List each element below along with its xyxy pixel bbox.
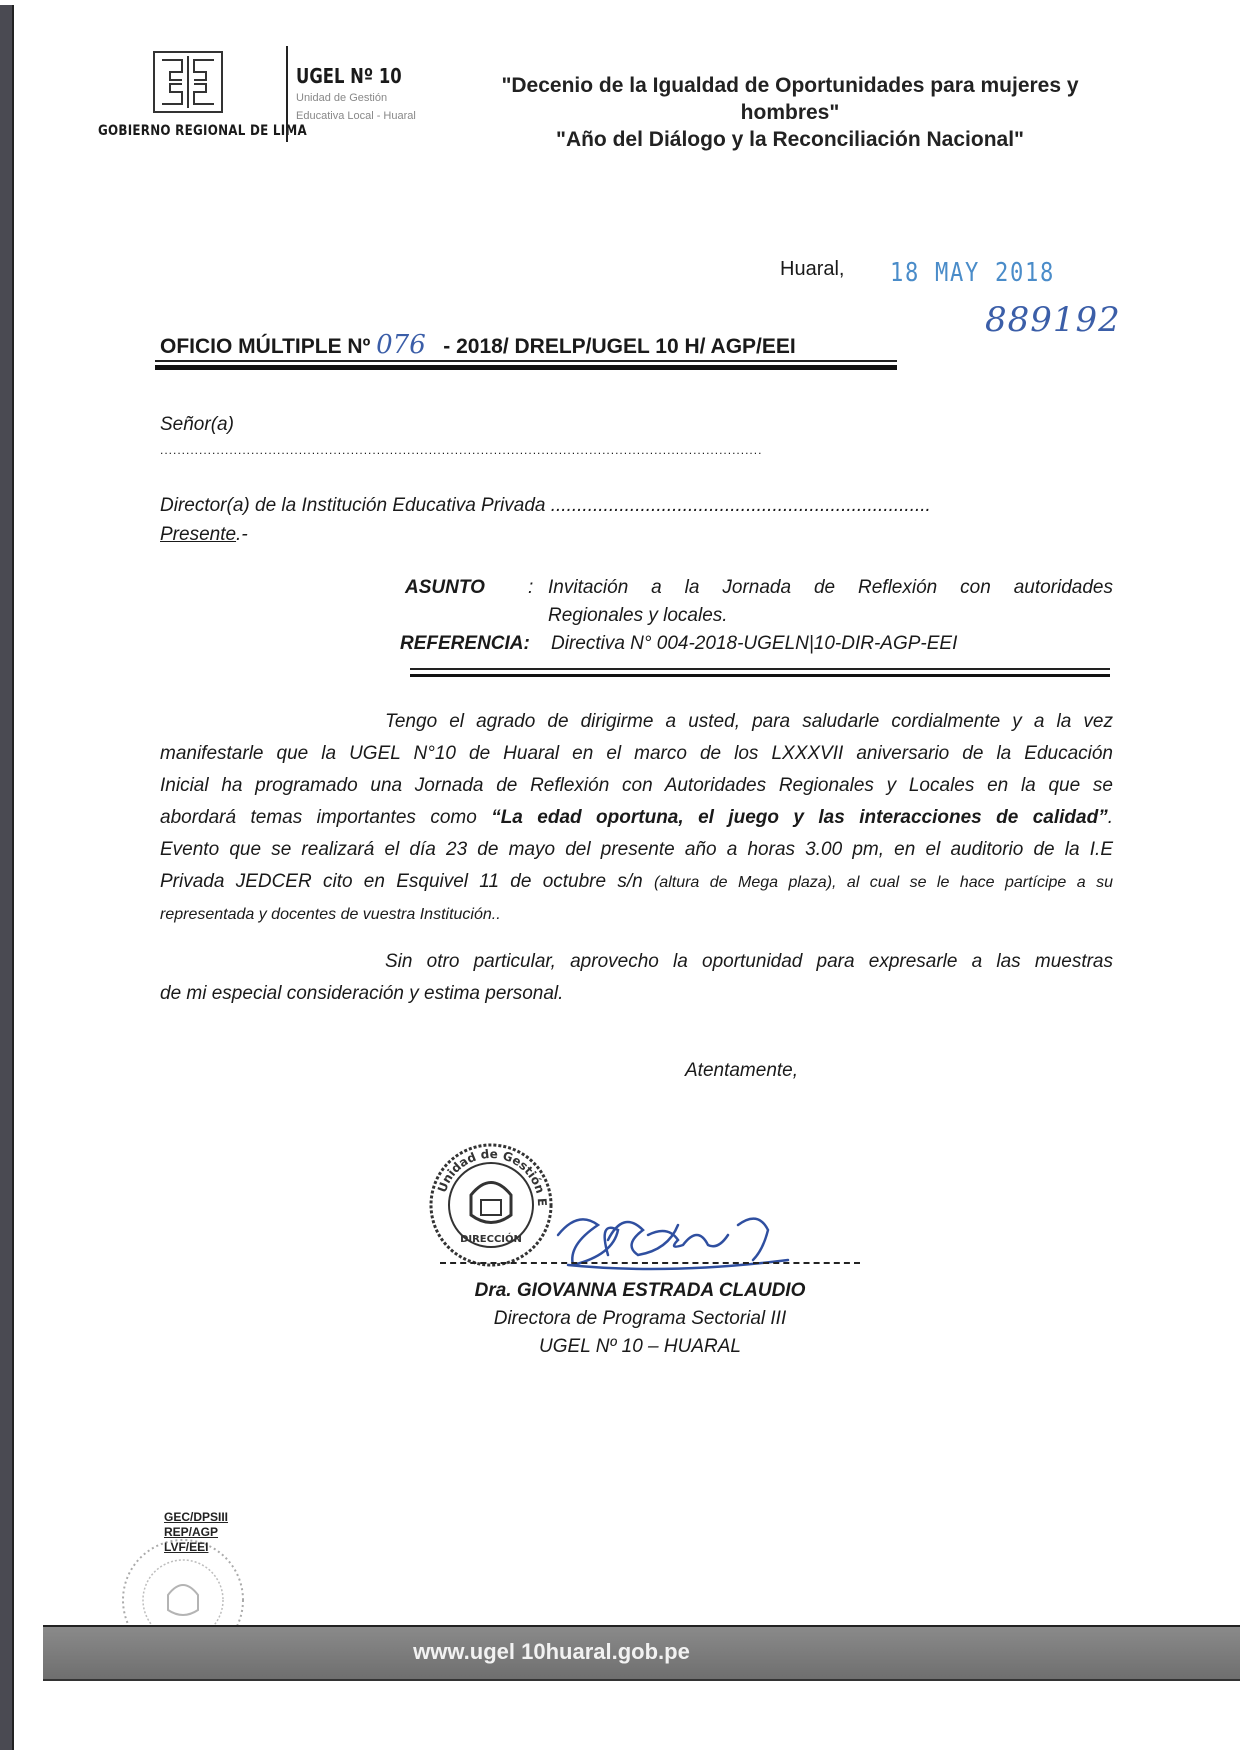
header-motto: "Decenio de la Igualdad de Oportunidades… bbox=[440, 72, 1140, 153]
body-line: Sin otro particular, aprovecho la oportu… bbox=[160, 946, 1113, 978]
director-blank: ........................................… bbox=[551, 495, 931, 516]
reference-code: REP/AGP bbox=[164, 1525, 228, 1540]
body-text: . bbox=[1108, 807, 1113, 828]
oficio-number: 076 bbox=[376, 330, 426, 360]
body-text: Privada JEDCER cito en Esquivel 11 de oc… bbox=[160, 871, 654, 892]
presente-suffix: .- bbox=[236, 524, 248, 545]
signature-line bbox=[440, 1262, 860, 1264]
body-line: de mi especial consideración y estima pe… bbox=[160, 978, 1113, 1010]
ugel-title: UGEL Nº 10 bbox=[296, 64, 402, 88]
ugel-subtitle: Unidad de Gestión bbox=[296, 92, 387, 104]
reference-codes: GEC/DPSIII REP/AGP LVF/EEI bbox=[164, 1510, 228, 1555]
footer-url[interactable]: www.ugel 10huaral.gob.pe bbox=[43, 1639, 1240, 1665]
official-seal-icon: Unidad de Gestión Educativa DIRECCIÓN bbox=[426, 1140, 556, 1270]
event-theme: “La edad oportuna, el juego y las intera… bbox=[491, 807, 1108, 828]
asunto-colon: : bbox=[528, 577, 533, 599]
asunto-label: ASUNTO bbox=[405, 577, 485, 599]
heading-rule bbox=[155, 360, 897, 362]
body-line: representada y docentes de vuestra Insti… bbox=[160, 899, 1113, 931]
director-label: Director(a) de la Institución Educativa … bbox=[160, 495, 545, 516]
header-divider bbox=[286, 46, 288, 142]
referencia-label: REFERENCIA: bbox=[400, 633, 530, 655]
svg-text:Unidad de Gestión Educativa: Unidad de Gestión Educativa bbox=[426, 1140, 549, 1207]
gobierno-regional-logo-icon bbox=[152, 50, 224, 114]
ugel-subtitle: Educativa Local - Huaral bbox=[296, 110, 416, 122]
dateline-place: Huaral, bbox=[780, 258, 844, 281]
heading-rule bbox=[155, 365, 897, 370]
addressee-blank-line: ........................................… bbox=[160, 443, 905, 457]
date-stamp: 18 MAY 2018 bbox=[890, 258, 1055, 288]
signer-title: Directora de Programa Sectorial III bbox=[380, 1308, 900, 1330]
reference-code: GEC/DPSIII bbox=[164, 1510, 228, 1525]
subject-rule bbox=[410, 668, 1110, 670]
body-paragraph: Sin otro particular, aprovecho la oportu… bbox=[160, 946, 1113, 1010]
oficio-prefix: OFICIO MÚLTIPLE Nº bbox=[160, 335, 370, 358]
director-line: Director(a) de la Institución Educativa … bbox=[160, 495, 931, 517]
body-line: Inicial ha programado una Jornada de Ref… bbox=[160, 770, 1113, 802]
asunto-text: Regionales y locales. bbox=[548, 605, 728, 627]
gobierno-regional-caption: GOBIERNO REGIONAL DE LIMA bbox=[98, 123, 307, 139]
seal-text: DIRECCIÓN bbox=[460, 1232, 522, 1245]
motto-line: "Decenio de la Igualdad de Oportunidades… bbox=[440, 72, 1140, 99]
signer-name: Dra. GIOVANNA ESTRADA CLAUDIO bbox=[380, 1280, 900, 1302]
salutation: Señor(a) bbox=[160, 414, 234, 436]
oficio-suffix: - 2018/ DRELP/UGEL 10 H/ AGP/EEI bbox=[443, 335, 795, 358]
reference-code: LVF/EEI bbox=[164, 1540, 228, 1555]
footer-bar: www.ugel 10huaral.gob.pe bbox=[43, 1625, 1240, 1681]
body-line: manifestarle que la UGEL N°10 de Huaral … bbox=[160, 738, 1113, 770]
subject-rule bbox=[410, 674, 1110, 677]
body-paragraph: Tengo el agrado de dirigirme a usted, pa… bbox=[160, 706, 1113, 931]
asunto-text: Invitación a la Jornada de Reflexión con… bbox=[548, 577, 1113, 599]
body-line: Tengo el agrado de dirigirme a usted, pa… bbox=[160, 706, 1113, 738]
seal-text: Unidad de Gestión Educativa bbox=[426, 1140, 549, 1207]
oficio-heading: OFICIO MÚLTIPLE Nº 076 - 2018/ DRELP/UGE… bbox=[160, 330, 796, 360]
scan-edge bbox=[0, 5, 14, 1750]
motto-line: hombres" bbox=[440, 99, 1140, 126]
body-line: abordará temas importantes como “La edad… bbox=[160, 802, 1113, 834]
presente-label: Presente bbox=[160, 524, 236, 545]
valediction: Atentamente, bbox=[685, 1060, 798, 1082]
body-text: abordará temas importantes como bbox=[160, 807, 491, 828]
body-text: (altura de Mega plaza), al cual se le ha… bbox=[654, 874, 1113, 891]
handwritten-registry-number: 889192 bbox=[985, 300, 1121, 340]
referencia-text: Directiva N° 004-2018-UGELN|10-DIR-AGP-E… bbox=[551, 633, 957, 655]
body-line: Privada JEDCER cito en Esquivel 11 de oc… bbox=[160, 866, 1113, 899]
signer-organization: UGEL Nº 10 – HUARAL bbox=[380, 1336, 900, 1358]
presente: Presente.- bbox=[160, 524, 248, 546]
footer-url-text[interactable]: www.ugel 10huaral.gob.pe bbox=[413, 1639, 690, 1664]
body-line: Evento que se realizará el día 23 de may… bbox=[160, 834, 1113, 866]
motto-line: "Año del Diálogo y la Reconciliación Nac… bbox=[440, 126, 1140, 153]
